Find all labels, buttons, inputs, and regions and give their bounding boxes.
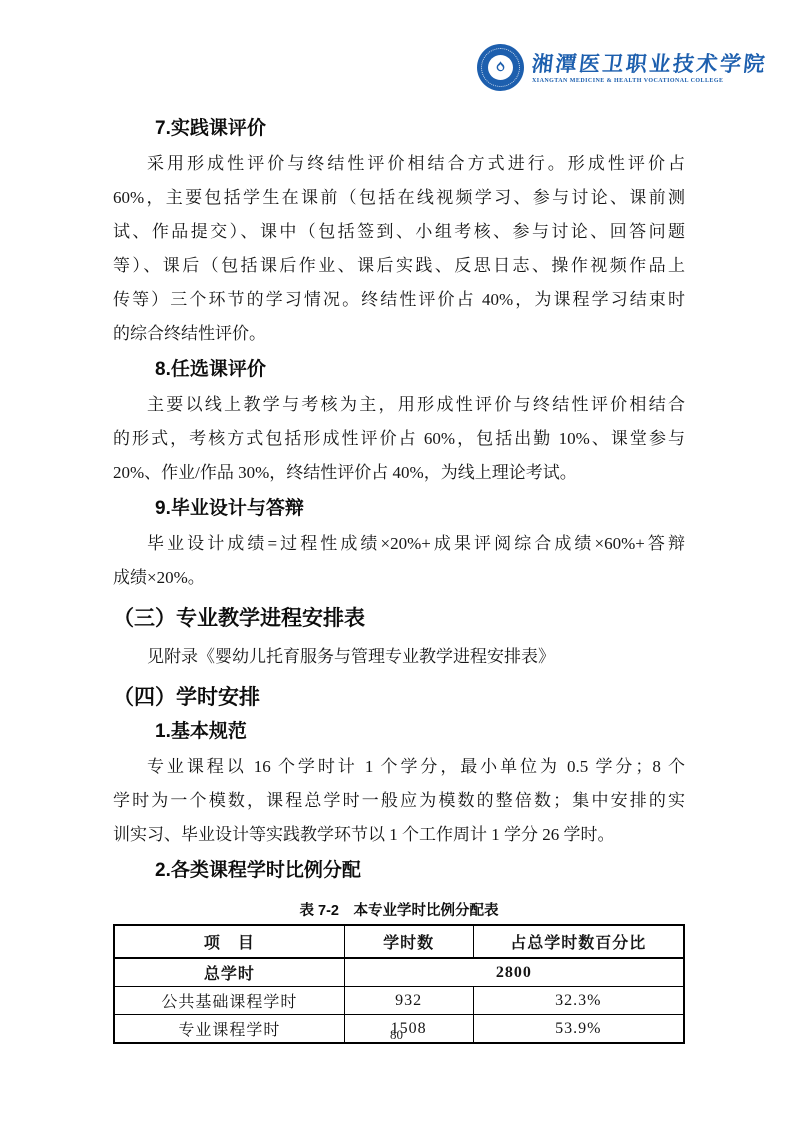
table-row-total: 总学时 2800 <box>114 958 684 987</box>
paragraph-line: 采用形成性评价与终结性评价相结合方式进行。形成性评价占 <box>113 147 685 181</box>
paragraph-line: 见附录《婴幼儿托育服务与管理专业教学进程安排表》 <box>113 640 685 674</box>
section-3-heading: （三）专业教学进程安排表 <box>113 604 685 634</box>
row-hours-value: 932 <box>344 987 473 1015</box>
section-8-heading: 8.任选课评价 <box>155 357 685 383</box>
paragraph-line: 毕业设计成绩=过程性成绩×20%+成果评阅综合成绩×60%+答辩 <box>113 527 685 561</box>
section-4-heading: （四）学时安排 <box>113 683 685 713</box>
page-header: 湘潭医卫职业技术学院 XIANGTAN MEDICINE & HEALTH VO… <box>0 44 793 91</box>
section-7-paragraph: 采用形成性评价与终结性评价相结合方式进行。形成性评价占 60%，主要包括学生在课… <box>113 147 685 351</box>
paragraph-line: 60%，主要包括学生在课前（包括在线视频学习、参与讨论、课前测 <box>113 181 685 215</box>
college-name-zh: 湘潭医卫职业技术学院 <box>531 52 769 76</box>
section-4-1-paragraph: 专业课程以 16 个学时计 1 个学分，最小单位为 0.5 学分；8 个 学时为… <box>113 750 685 852</box>
section-9-heading: 9.毕业设计与答辩 <box>155 496 685 522</box>
section-8-paragraph: 主要以线上教学与考核为主，用形成性评价与终结性评价相结合 的形式，考核方式包括形… <box>113 388 685 490</box>
college-name-en: XIANGTAN MEDICINE & HEALTH VOCATIONAL CO… <box>532 78 767 84</box>
paragraph-line: 训实习、毕业设计等实践教学环节以 1 个工作周计 1 学分 26 学时。 <box>113 818 685 852</box>
section-4-1-heading: 1.基本规范 <box>155 719 685 745</box>
total-hours-label: 总学时 <box>114 958 344 987</box>
paragraph-line: 专业课程以 16 个学时计 1 个学分，最小单位为 0.5 学分；8 个 <box>113 750 685 784</box>
table-header-row: 项 目 学时数 占总学时数百分比 <box>114 925 684 958</box>
paragraph-line: 等）、课后（包括课后作业、课后实践、反思日志、操作视频作品上 <box>113 249 685 283</box>
table-caption: 表 7-2 本专业学时比例分配表 <box>113 899 685 920</box>
college-seal-icon <box>477 44 524 91</box>
lotus-emblem-icon <box>488 55 513 80</box>
document-page: 湘潭医卫职业技术学院 XIANGTAN MEDICINE & HEALTH VO… <box>0 0 793 1122</box>
paragraph-line: 学时为一个模数，课程总学时一般应为模数的整倍数；集中安排的实 <box>113 784 685 818</box>
table-header-hours: 学时数 <box>344 925 473 958</box>
paragraph-line: 传等）三个环节的学习情况。终结性评价占 40%，为课程学习结束时 <box>113 283 685 317</box>
table-header-item: 项 目 <box>114 925 344 958</box>
paragraph-line: 的形式，考核方式包括形成性评价占 60%，包括出勤 10%、课堂参与 <box>113 422 685 456</box>
row-percent-value: 32.3% <box>473 987 684 1015</box>
total-hours-value: 2800 <box>344 958 684 987</box>
row-item-label: 公共基础课程学时 <box>114 987 344 1015</box>
college-logo-text: 湘潭医卫职业技术学院 XIANGTAN MEDICINE & HEALTH VO… <box>532 52 767 84</box>
table-row: 公共基础课程学时 932 32.3% <box>114 987 684 1015</box>
table-header-percentage: 占总学时数百分比 <box>473 925 684 958</box>
section-9-paragraph: 毕业设计成绩=过程性成绩×20%+成果评阅综合成绩×60%+答辩 成绩×20%。 <box>113 527 685 595</box>
hours-distribution-table: 项 目 学时数 占总学时数百分比 总学时 2800 公共基础课程学时 932 3… <box>113 924 685 1044</box>
paragraph-line: 20%、作业/作品 30%，终结性评价占 40%，为线上理论考试。 <box>113 456 685 490</box>
paragraph-line: 的综合终结性评价。 <box>113 317 685 351</box>
paragraph-line: 主要以线上教学与考核为主，用形成性评价与终结性评价相结合 <box>113 388 685 422</box>
college-logo: 湘潭医卫职业技术学院 XIANGTAN MEDICINE & HEALTH VO… <box>477 44 767 91</box>
page-number: 80 <box>0 1027 793 1043</box>
paragraph-line: 试、作品提交）、课中（包括签到、小组考核、参与讨论、回答问题 <box>113 215 685 249</box>
section-4-2-heading: 2.各类课程学时比例分配 <box>155 858 685 884</box>
section-7-heading: 7.实践课评价 <box>155 116 685 142</box>
section-3-paragraph: 见附录《婴幼儿托育服务与管理专业教学进程安排表》 <box>113 640 685 674</box>
document-body: 7.实践课评价 采用形成性评价与终结性评价相结合方式进行。形成性评价占 60%，… <box>113 104 685 1044</box>
paragraph-line: 成绩×20%。 <box>113 561 685 595</box>
